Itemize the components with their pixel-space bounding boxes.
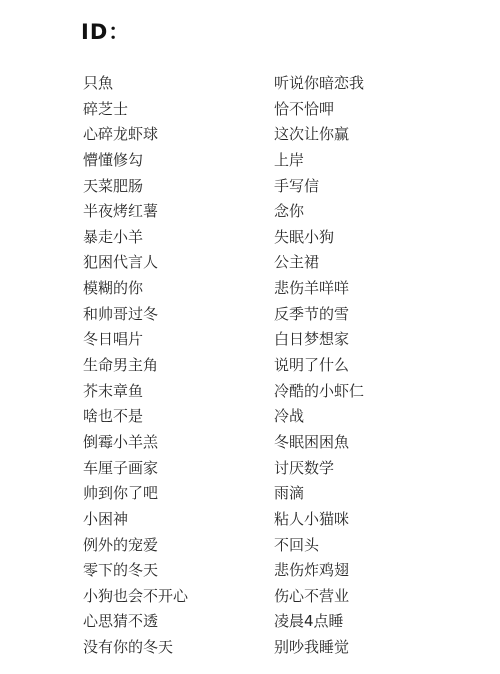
list-item: 帅到你了吧 xyxy=(83,481,188,507)
list-item: 上岸 xyxy=(274,148,364,174)
list-item: 生命男主角 xyxy=(83,353,188,379)
list-item: 小狗也会不开心 xyxy=(83,584,188,610)
list-item: 悲伤炸鸡翅 xyxy=(274,558,364,584)
list-item: 倒霉小羊羔 xyxy=(83,430,188,456)
list-item: 只魚 xyxy=(83,71,188,97)
page-title: ID： xyxy=(81,18,130,46)
list-item: 伤心不营业 xyxy=(274,584,364,610)
list-item: 反季节的雪 xyxy=(274,302,364,328)
list-item: 例外的宠爱 xyxy=(83,533,188,559)
list-item: 碎芝士 xyxy=(83,97,188,123)
list-item: 冬日唱片 xyxy=(83,327,188,353)
list-item: 凌晨4点睡 xyxy=(274,609,364,635)
list-item: 芥末章鱼 xyxy=(83,379,188,405)
list-item: 暴走小羊 xyxy=(83,225,188,251)
list-item: 白日梦想家 xyxy=(274,327,364,353)
list-item: 车厘子画家 xyxy=(83,456,188,482)
list-item: 零下的冬天 xyxy=(83,558,188,584)
list-item: 失眠小狗 xyxy=(274,225,364,251)
list-item: 听说你暗恋我 xyxy=(274,71,364,97)
list-item: 雨滴 xyxy=(274,481,364,507)
list-item: 和帅哥过冬 xyxy=(83,302,188,328)
list-item: 不回头 xyxy=(274,533,364,559)
list-item: 心思猜不透 xyxy=(83,609,188,635)
list-item: 小困神 xyxy=(83,507,188,533)
right-id-list: 听说你暗恋我 恰不恰呷 这次让你赢 上岸 手写信 念你 失眠小狗 公主裙 悲伤羊… xyxy=(274,71,364,661)
list-item: 说明了什么 xyxy=(274,353,364,379)
list-item: 犯困代言人 xyxy=(83,250,188,276)
list-item: 恰不恰呷 xyxy=(274,97,364,123)
list-item: 别吵我睡觉 xyxy=(274,635,364,661)
list-item: 心碎龙虾球 xyxy=(83,122,188,148)
list-item: 模糊的你 xyxy=(83,276,188,302)
list-item: 没有你的冬天 xyxy=(83,635,188,661)
left-id-list: 只魚 碎芝士 心碎龙虾球 懵懂修勾 天菜肥肠 半夜烤红薯 暴走小羊 犯困代言人 … xyxy=(83,71,188,661)
list-item: 冬眠困困魚 xyxy=(274,430,364,456)
list-item: 手写信 xyxy=(274,174,364,200)
list-item: 冷酷的小虾仁 xyxy=(274,379,364,405)
list-item: 冷战 xyxy=(274,404,364,430)
list-item: 这次让你赢 xyxy=(274,122,364,148)
list-item: 公主裙 xyxy=(274,250,364,276)
list-item: 天菜肥肠 xyxy=(83,174,188,200)
list-item: 念你 xyxy=(274,199,364,225)
list-item: 啥也不是 xyxy=(83,404,188,430)
list-item: 半夜烤红薯 xyxy=(83,199,188,225)
list-item: 讨厌数学 xyxy=(274,456,364,482)
list-item: 粘人小猫咪 xyxy=(274,507,364,533)
list-item: 悲伤羊咩咩 xyxy=(274,276,364,302)
list-item: 懵懂修勾 xyxy=(83,148,188,174)
